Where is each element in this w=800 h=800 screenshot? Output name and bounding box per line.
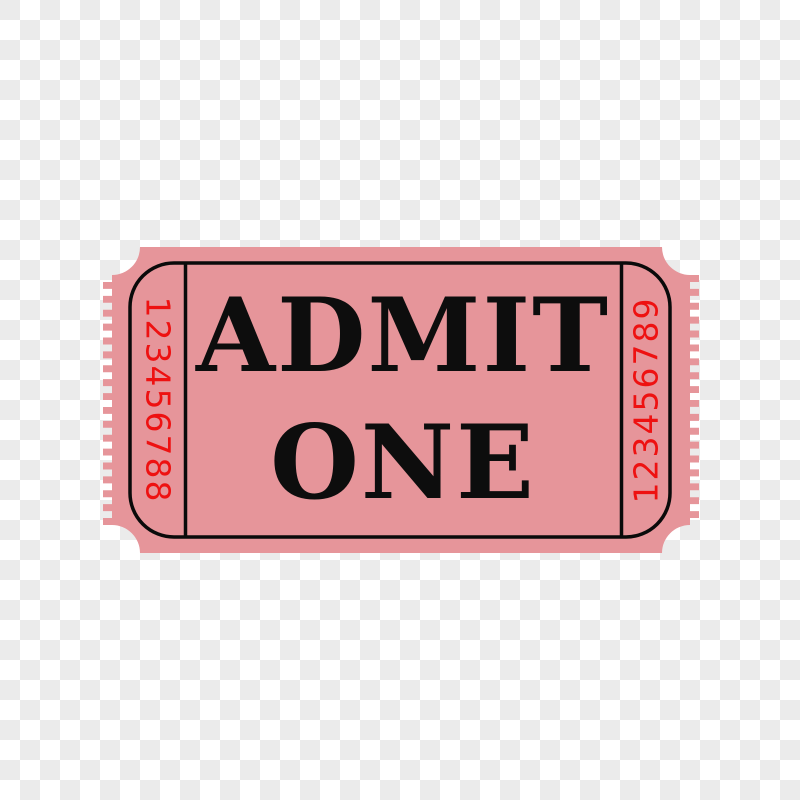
admit-one-ticket: ADMIT ONE 123456788 123456789 <box>0 0 800 800</box>
transparency-checkerboard: ADMIT ONE 123456788 123456789 <box>0 0 800 800</box>
right-stub-serial: 123456789 <box>627 297 666 504</box>
left-stub-serial: 123456788 <box>139 297 178 504</box>
ticket-title-line1: ADMIT <box>195 276 610 396</box>
ticket-title-line2: ONE <box>270 403 536 523</box>
